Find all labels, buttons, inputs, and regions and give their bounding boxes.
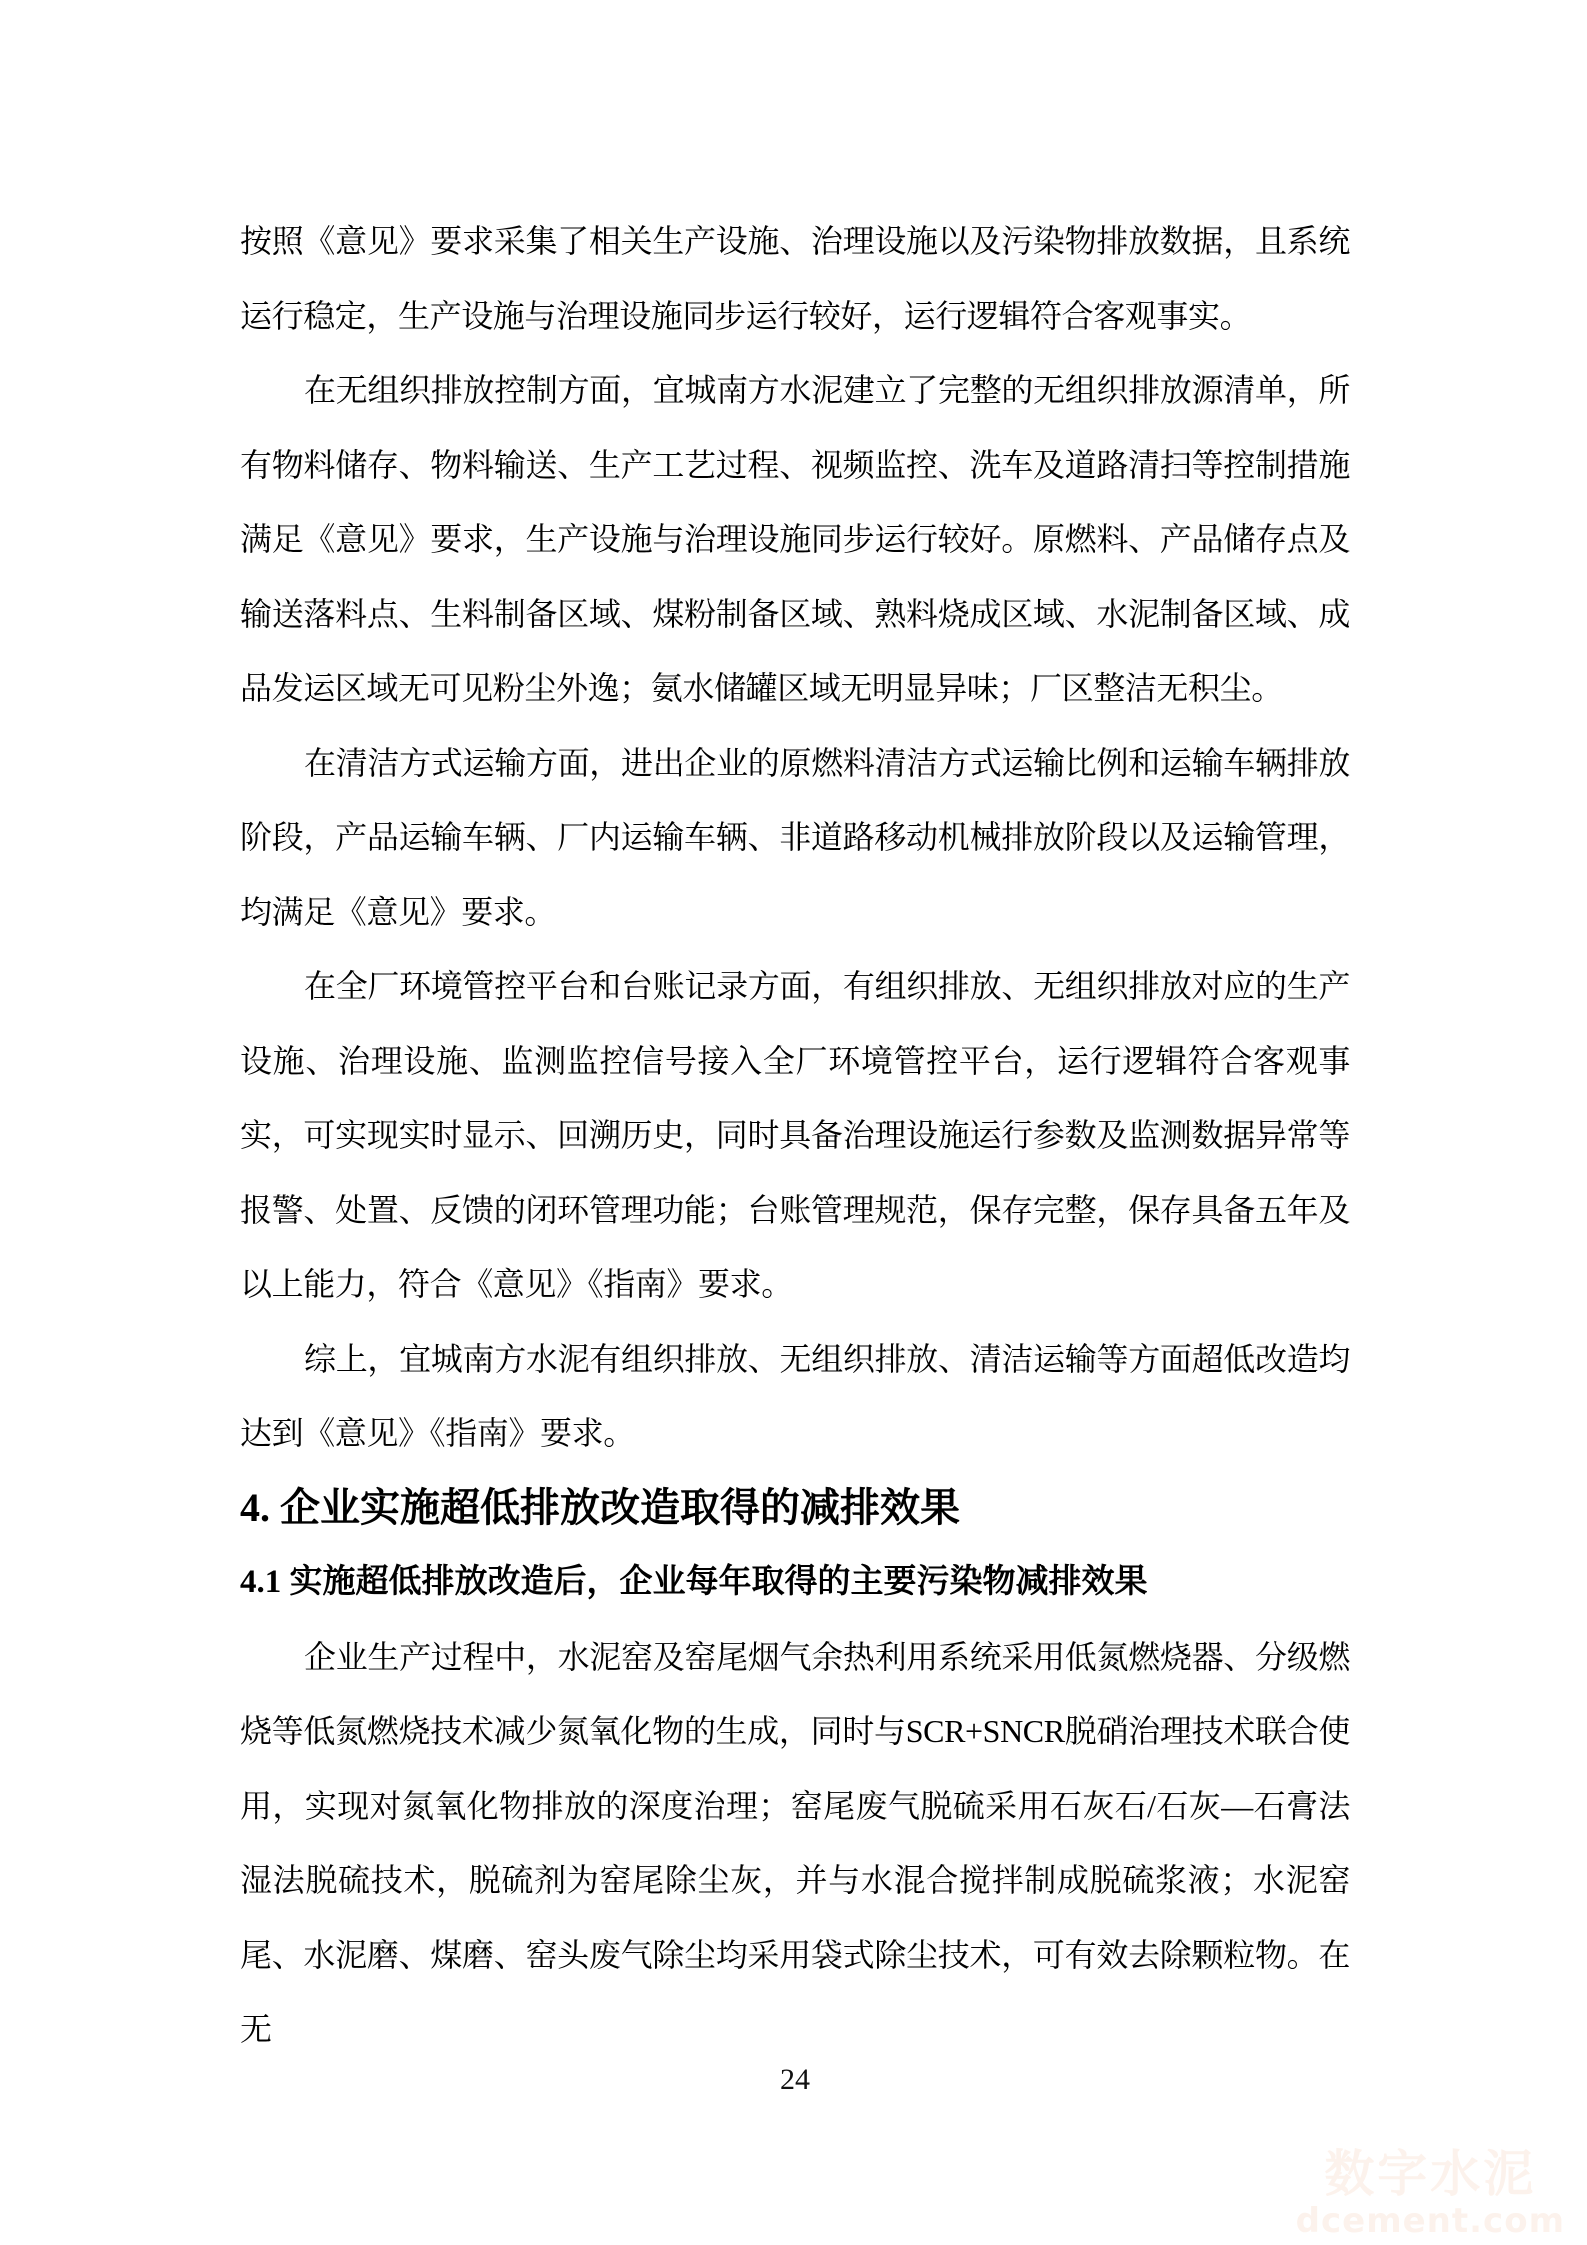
paragraph-monitoring-continued: 按照《意见》要求采集了相关生产设施、治理设施以及污染物排放数据，且系统运行稳定，… [240, 204, 1350, 353]
paragraph-fugitive-emission-control: 在无组织排放控制方面，宜城南方水泥建立了完整的无组织排放源清单，所有物料储存、物… [240, 353, 1350, 726]
heading-section-4: 4. 企业实施超低排放改造取得的减排效果 [240, 1471, 1350, 1546]
document-page: 按照《意见》要求采集了相关生产设施、治理设施以及污染物排放数据，且系统运行稳定，… [0, 0, 1587, 2245]
watermark: 数字水泥 dcement.com [1296, 2147, 1565, 2241]
paragraph-clean-transport: 在清洁方式运输方面，进出企业的原燃料清洁方式运输比例和运输车辆排放阶段，产品运输… [240, 726, 1350, 950]
page-number: 24 [240, 2062, 1350, 2098]
page-body-text: 按照《意见》要求采集了相关生产设施、治理设施以及污染物排放数据，且系统运行稳定，… [240, 204, 1350, 2067]
paragraph-environment-control-platform: 在全厂环境管控平台和台账记录方面，有组织排放、无组织排放对应的生产设施、治理设施… [240, 949, 1350, 1322]
watermark-chinese-text: 数字水泥 [1296, 2147, 1565, 2201]
watermark-domain-text: dcement.com [1296, 2201, 1565, 2241]
paragraph-summary: 综上，宜城南方水泥有组织排放、无组织排放、清洁运输等方面超低改造均达到《意见》《… [240, 1322, 1350, 1471]
heading-section-4-1: 4.1 实施超低排放改造后，企业每年取得的主要污染物减排效果 [240, 1545, 1350, 1620]
paragraph-emission-reduction-effect: 企业生产过程中，水泥窑及窑尾烟气余热利用系统采用低氮燃烧器、分级燃烧等低氮燃烧技… [240, 1620, 1350, 2067]
